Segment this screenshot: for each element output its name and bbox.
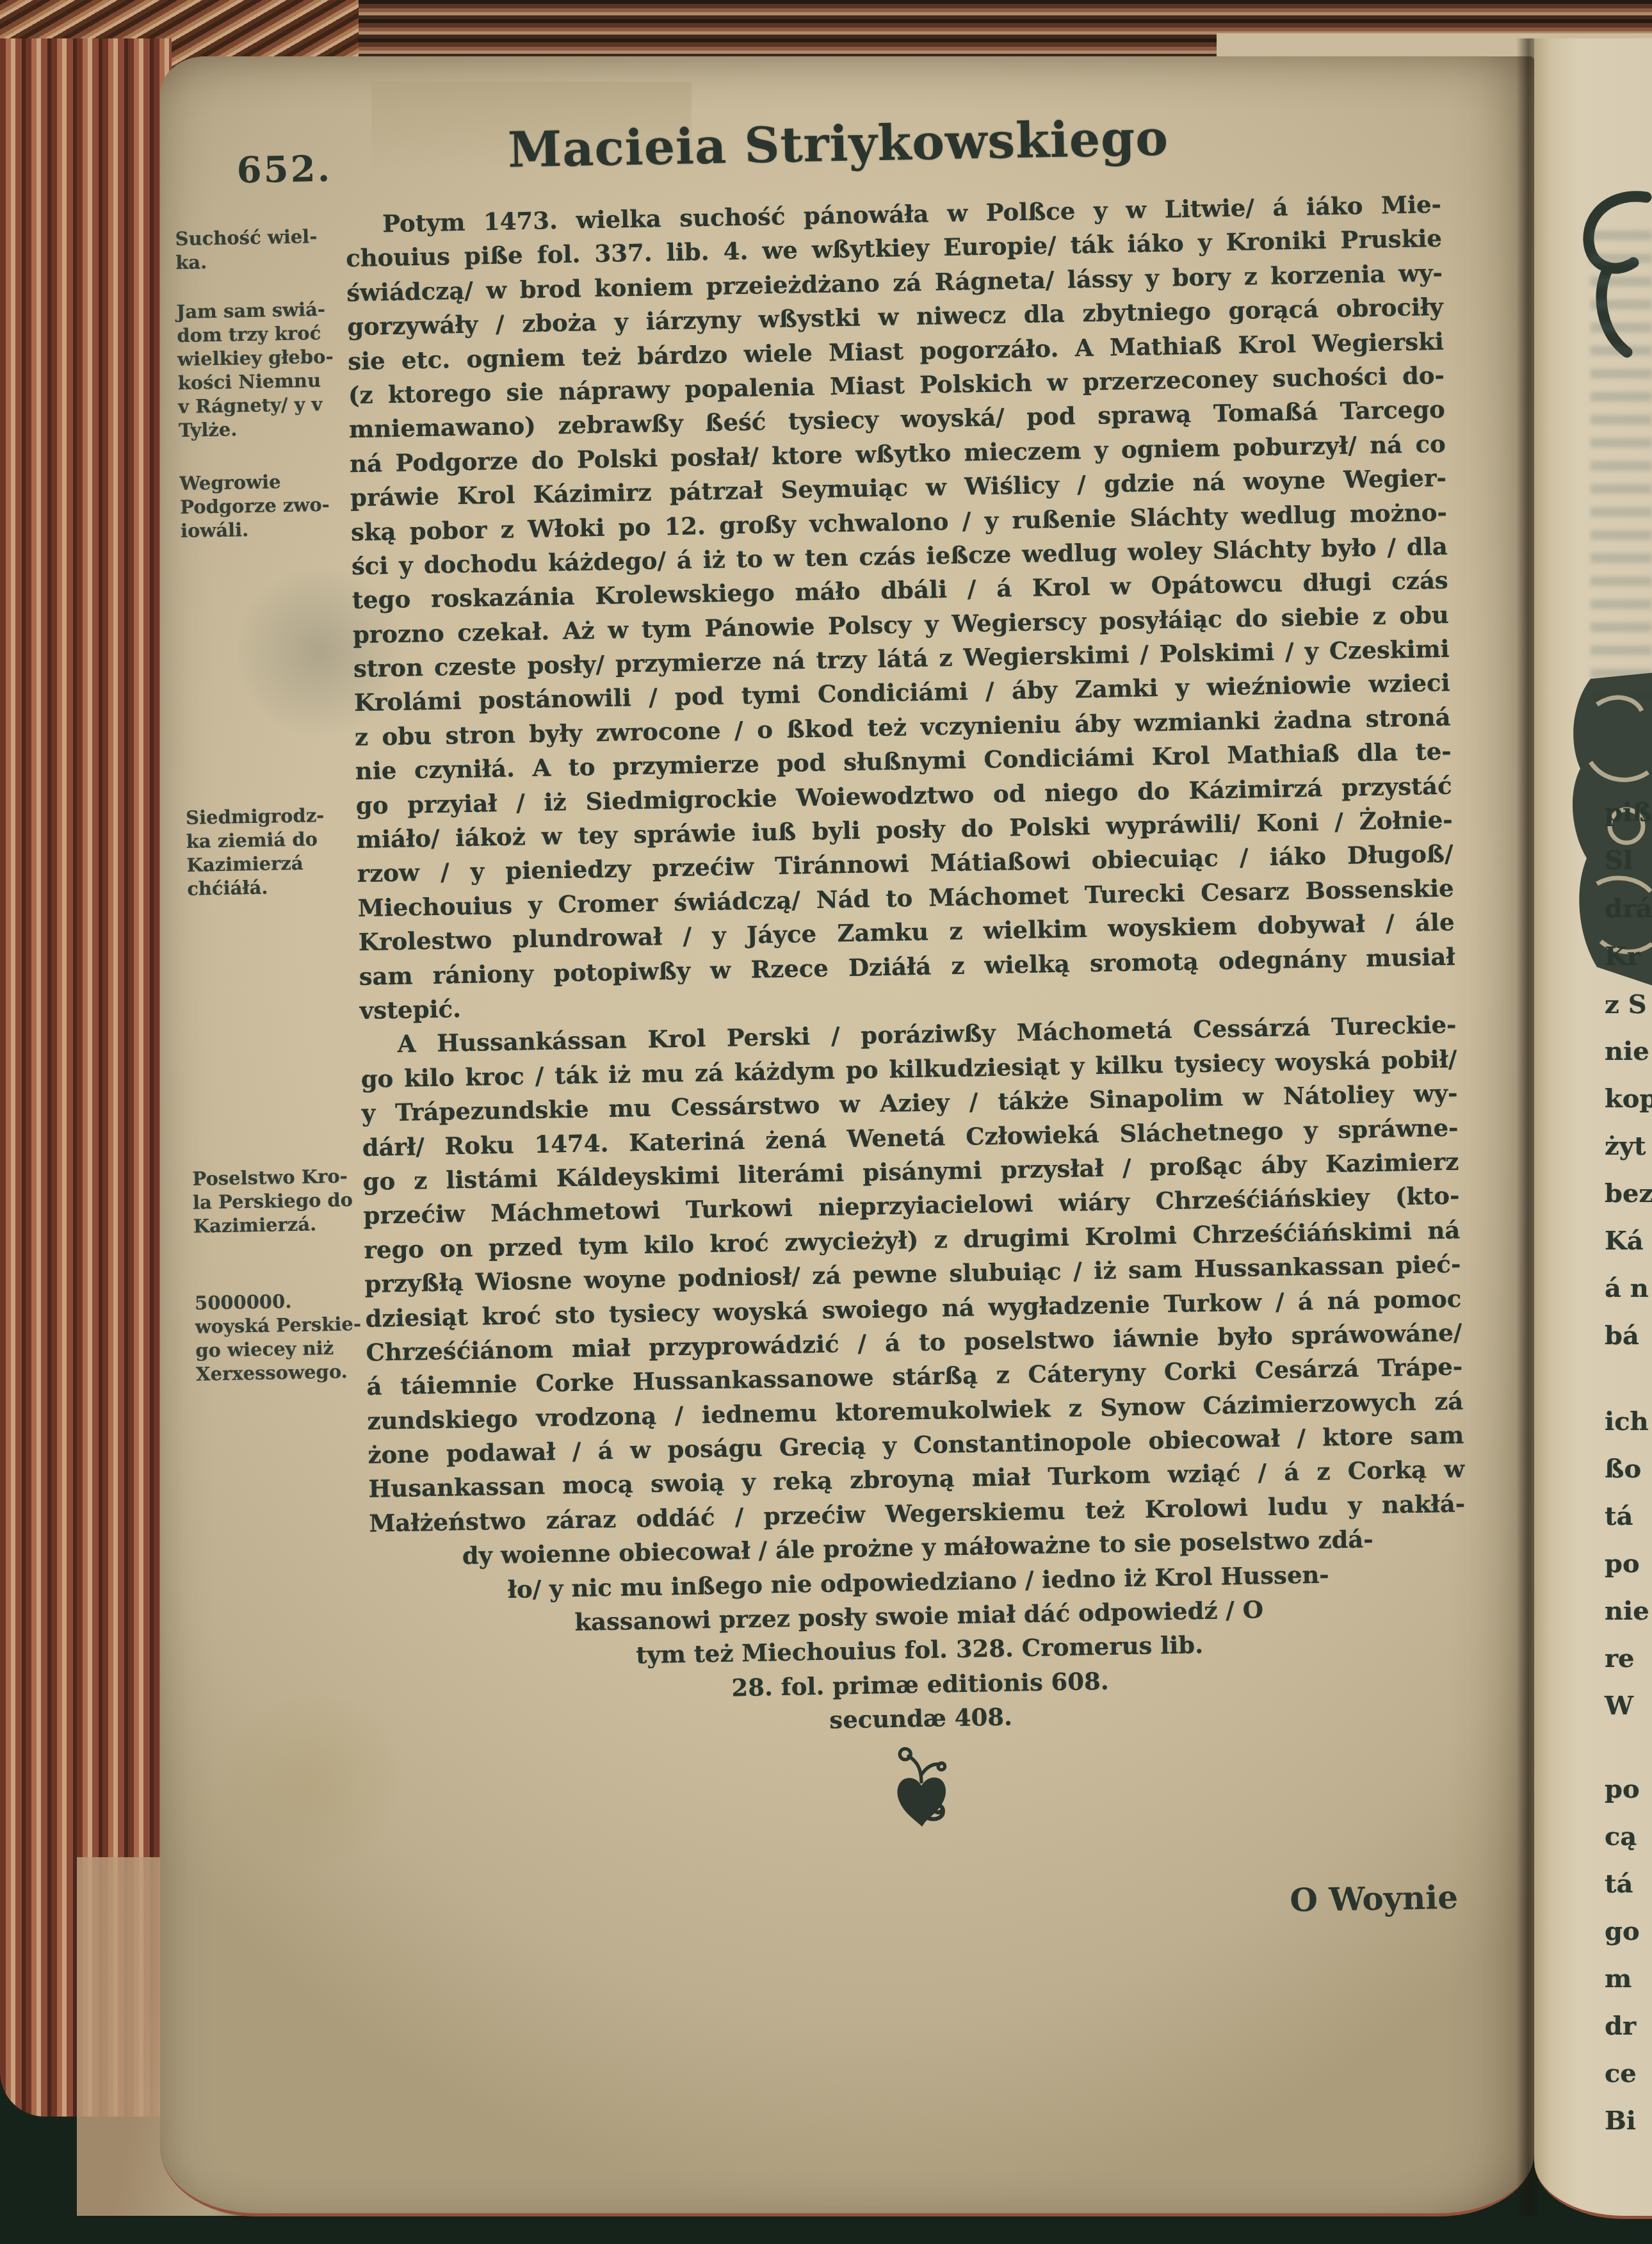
facing-line-fragment: Bi (1605, 2106, 1636, 2136)
facing-page-sliver: pißSldráKrz SniekopżytbezKáá nbáichßotáp… (1534, 38, 1652, 2219)
facing-line-fragment: tá (1605, 1501, 1633, 1531)
facing-line-fragment: cą (1605, 1821, 1637, 1851)
running-header: Macieia Striykowskiego (357, 106, 1318, 181)
margin-note-6: 5000000.woyská Perskie-go wiecey niżXerx… (195, 1287, 462, 1386)
facing-line-fragment: W (1605, 1691, 1633, 1721)
margin-note-3: WegrowiePodgorze zwo-iowáli. (179, 467, 446, 543)
margin-note-4: Siedmigrodz-ka ziemiá doKazimierzáchćiáł… (186, 801, 453, 901)
facing-line-fragment: Ká (1605, 1226, 1644, 1256)
scanned-page: 652. Macieia Striykowskiego Potym 1473. … (160, 56, 1534, 2216)
catchword: O Woynie (1290, 1878, 1459, 1919)
facing-line-fragment: żyt (1605, 1131, 1646, 1161)
facing-line-fragment: kop (1605, 1084, 1652, 1114)
facing-line-fragment: bez (1605, 1178, 1652, 1208)
margin-note-1: Suchość wiel-ka. (175, 222, 441, 275)
facing-line-fragment: ich (1605, 1406, 1649, 1436)
facing-line-fragment: nie (1605, 1596, 1649, 1626)
body-text: Potym 1473. wielka suchość pánowáła w Po… (345, 188, 1470, 1746)
facing-line-fragment: po (1605, 1774, 1640, 1804)
facing-line-fragment: re (1605, 1643, 1635, 1673)
facing-line-fragment: Sl (1605, 845, 1633, 875)
book-left-page-edges (0, 38, 172, 2117)
margin-note-5: Poselstwo Kro-la Perskiego doKazimierzá. (192, 1162, 459, 1239)
facing-line-fragment: piß (1605, 797, 1652, 827)
book-scan: 652. Macieia Striykowskiego Potym 1473. … (0, 0, 1652, 2244)
facing-line-fragment: á n (1605, 1273, 1649, 1303)
facing-line-fragment: nie (1605, 1036, 1649, 1066)
facing-page-bleed-text (1591, 231, 1652, 704)
page-number: 652. (236, 148, 332, 192)
facing-line-fragment: po (1605, 1549, 1640, 1579)
page-content: 652. Macieia Striykowskiego Potym 1473. … (145, 44, 1559, 2226)
facing-line-fragment: go (1605, 1916, 1640, 1946)
margin-note-2: Jam sam swiá-dom trzy kroćwielkiey głebo… (176, 295, 444, 443)
facing-line-fragment: ßo (1605, 1454, 1641, 1484)
facing-line-fragment: bá (1605, 1321, 1639, 1351)
facing-line-fragment: dr (1605, 2011, 1636, 2041)
facing-line-fragment: z S (1605, 989, 1647, 1020)
facing-line-fragment: ce (1605, 2058, 1637, 2088)
facing-line-fragment: Kr (1605, 941, 1640, 972)
aldine-leaf-ornament (886, 1736, 958, 1849)
facing-line-fragment: drá (1605, 893, 1652, 923)
facing-line-fragment: m (1605, 1963, 1632, 1994)
facing-line-fragment: tá (1605, 1869, 1633, 1899)
